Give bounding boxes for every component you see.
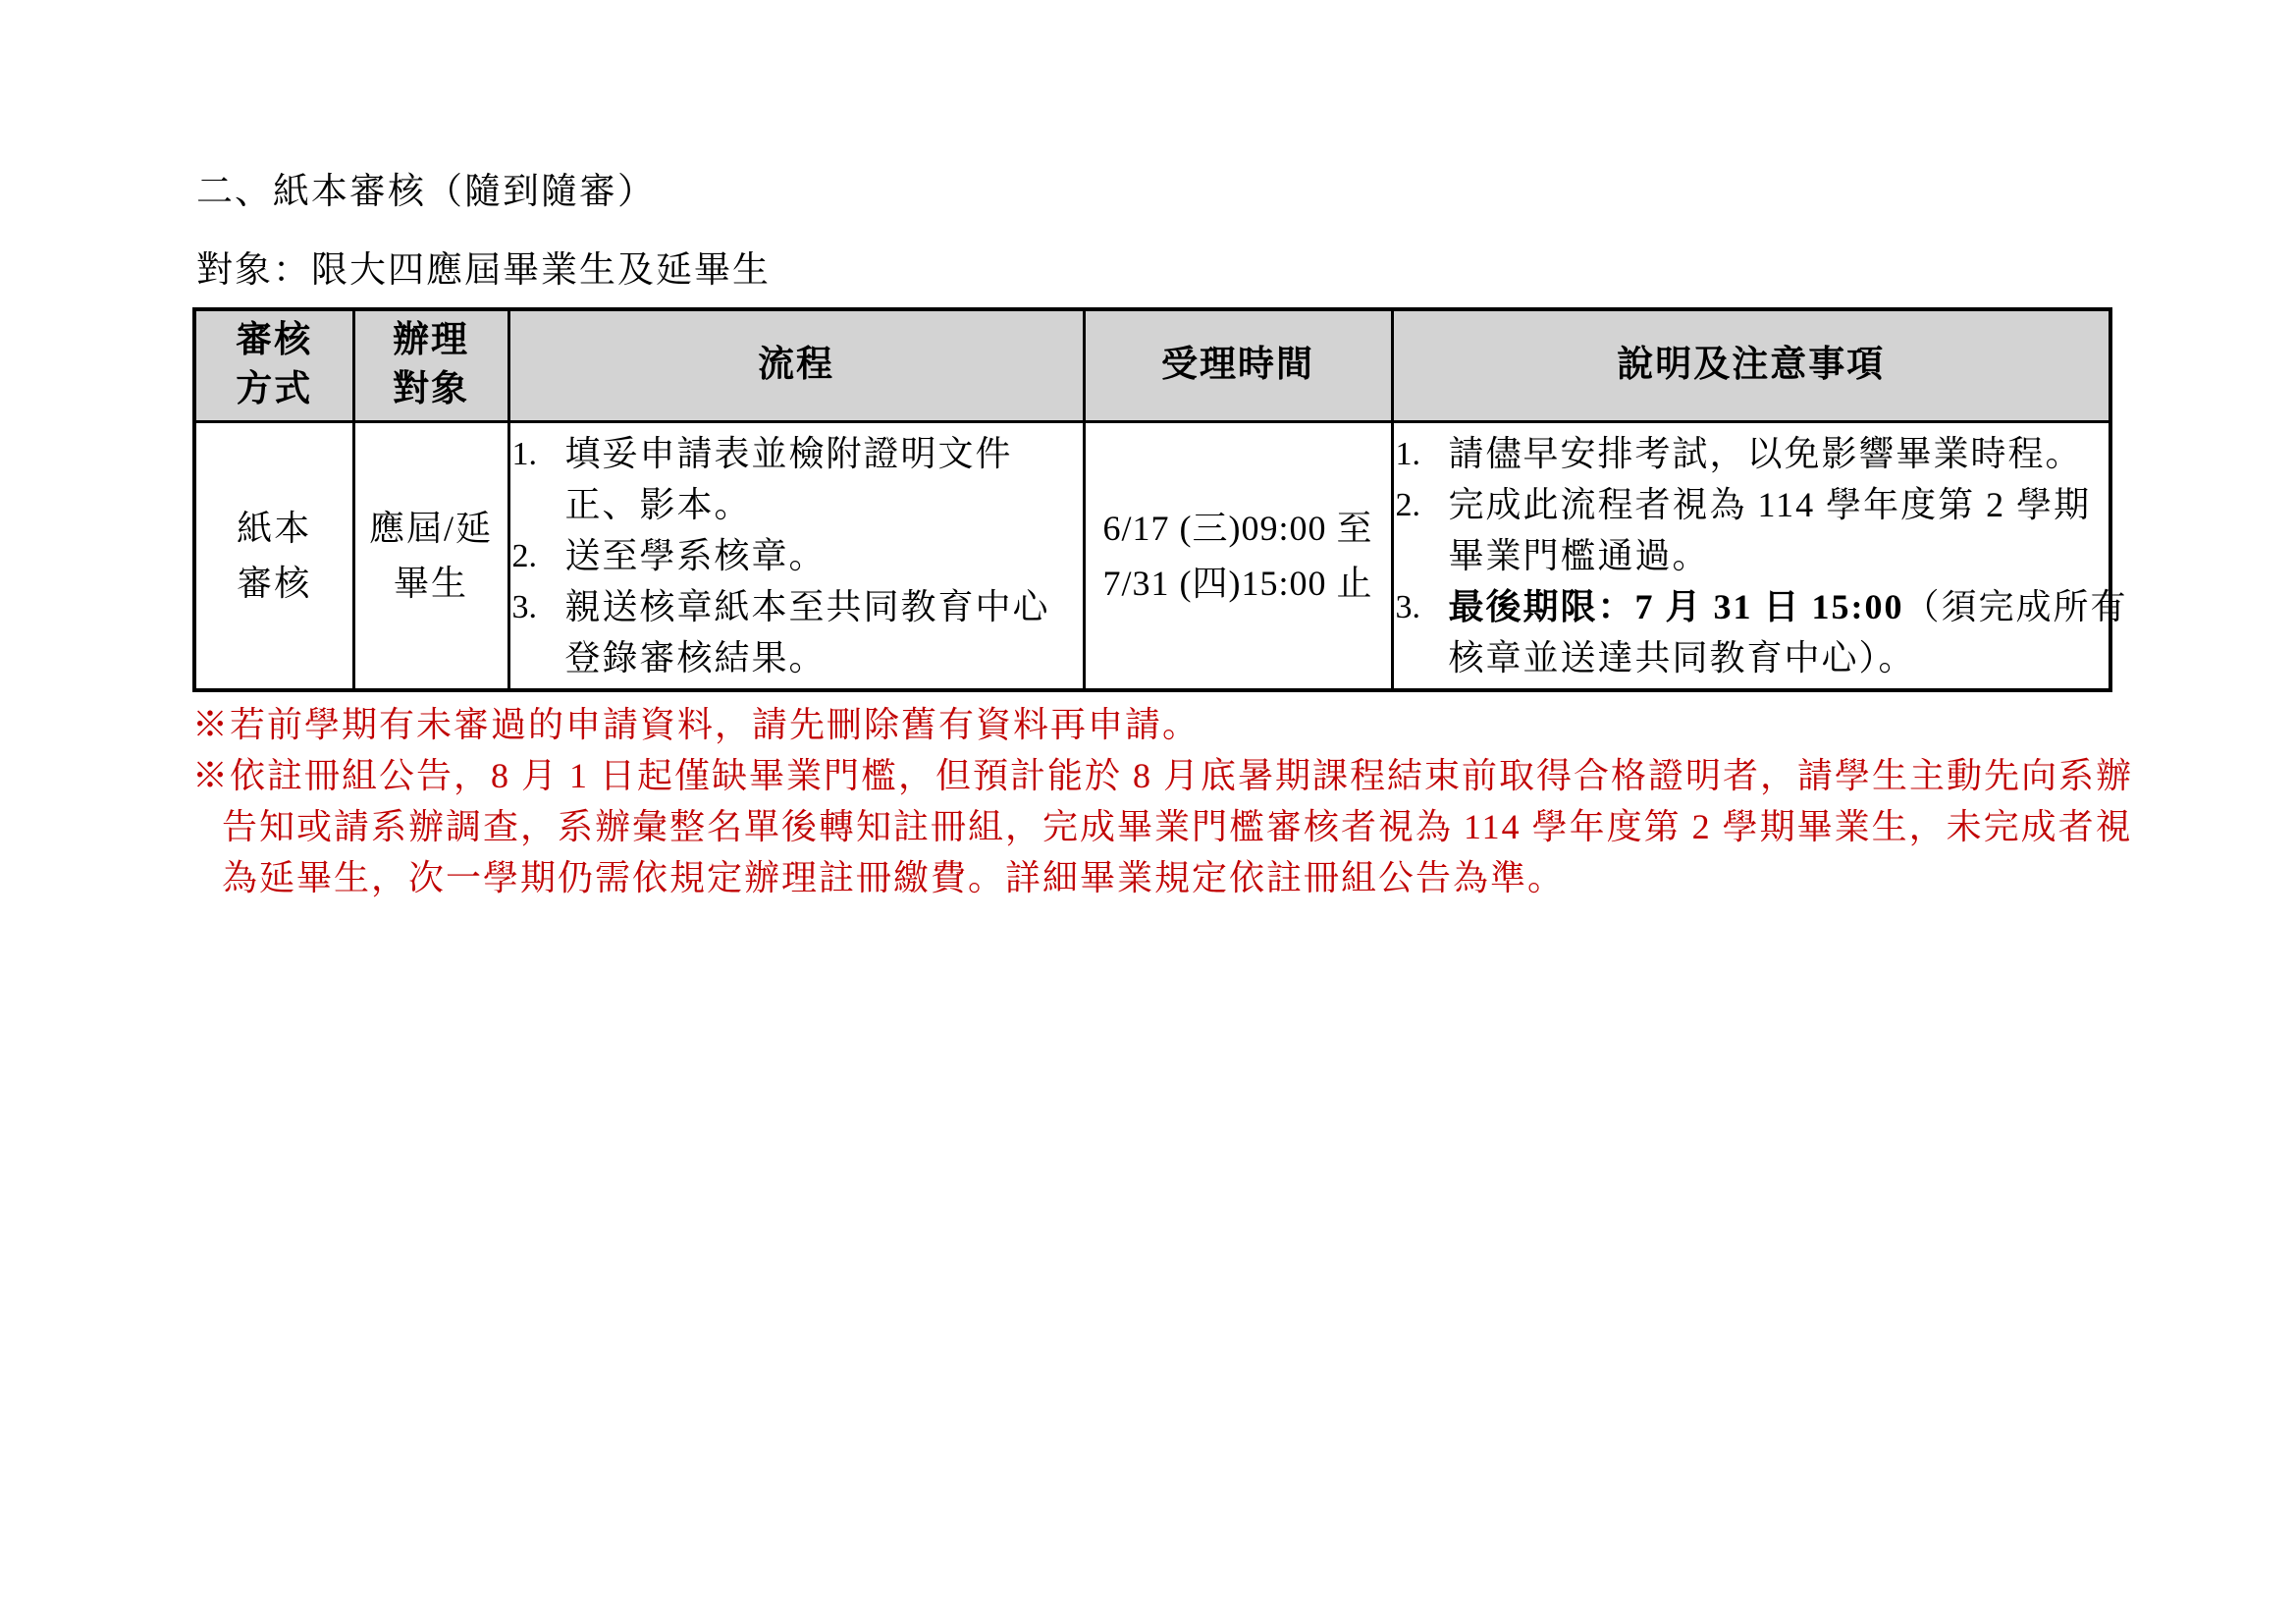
notes-cell: 1. 請儘早安排考試，以免影響畢業時程。 2. 完成此流程者視為 114 學年度… [1392, 421, 2110, 690]
applicant-type-text: 畢生 [355, 556, 507, 611]
process-step-2: 2. 送至學系核章。 [510, 530, 1083, 581]
step-text-line: 送至學系核章。 [565, 530, 1083, 581]
applicant-type-cell: 應屆/延 畢生 [353, 421, 508, 690]
step-number: 3. [512, 582, 538, 633]
footnote-1: ※若前學期有未審過的申請資料，請先刪除舊有資料再申請。 [192, 699, 2165, 750]
header-text: 方式 [196, 365, 352, 414]
header-text: 流程 [510, 341, 1083, 390]
red-footnotes: ※若前學期有未審過的申請資料，請先刪除舊有資料再申請。 ※依註冊組公告，8 月 … [192, 699, 2165, 903]
note-text-span: （須完成所有 [1904, 587, 2128, 626]
header-text: 受理時間 [1086, 341, 1391, 390]
header-text: 對象 [355, 365, 507, 414]
note-item-3: 3. 最後期限：7 月 31 日 15:00（須完成所有 核章並送達共同教育中心… [1394, 581, 2109, 683]
review-method-cell: 紙本 審核 [194, 421, 353, 690]
section-title: 二、紙本審核（隨到隨審） [196, 161, 656, 214]
note-number: 2. [1396, 480, 1421, 531]
header-process: 流程 [508, 309, 1084, 421]
header-acceptance-time: 受理時間 [1084, 309, 1392, 421]
acceptance-time-text: 6/17 (三)09:00 至 [1086, 501, 1391, 556]
review-method-text: 紙本 [196, 501, 352, 556]
note-text-line: 請儘早安排考試，以免影響畢業時程。 [1449, 428, 2109, 479]
note-text-line: 完成此流程者視為 114 學年度第 2 學期 [1449, 479, 2109, 530]
note-number: 1. [1396, 429, 1421, 480]
table-header-row: 審核 方式 辦理 對象 流程 受理時間 說明及注意事項 [194, 309, 2110, 421]
acceptance-time-text: 7/31 (四)15:00 止 [1086, 556, 1391, 611]
footnote-2-line: 告知或請系辦調查，系辦彙整名單後轉知註冊組，完成畢業門檻審核者視為 114 學年… [192, 801, 2165, 852]
review-method-text: 審核 [196, 556, 352, 611]
deadline-bold-text: 最後期限：7 月 31 日 15:00 [1449, 587, 1904, 626]
header-text: 說明及注意事項 [1394, 341, 2109, 390]
table-body: 紙本 審核 應屆/延 畢生 1. 填妥申請表並檢附證明文件 正、影本。 2. 送… [194, 421, 2110, 690]
process-cell: 1. 填妥申請表並檢附證明文件 正、影本。 2. 送至學系核章。 3. 親送核章… [508, 421, 1084, 690]
step-number: 2. [512, 531, 538, 582]
note-text-line: 最後期限：7 月 31 日 15:00（須完成所有 [1449, 581, 2109, 632]
step-number: 1. [512, 429, 538, 480]
note-number: 3. [1396, 582, 1421, 633]
header-review-method: 審核 方式 [194, 309, 353, 421]
note-text-line: 畢業門檻通過。 [1449, 530, 2109, 581]
step-text-line: 正、影本。 [565, 479, 1083, 530]
note-item-2: 2. 完成此流程者視為 114 學年度第 2 學期 畢業門檻通過。 [1394, 479, 2109, 581]
header-notes: 說明及注意事項 [1392, 309, 2110, 421]
document-page: 二、紙本審核（隨到隨審） 對象：限大四應屆畢業生及延畢生 審核 方式 辦理 對象… [0, 0, 2296, 1624]
header-applicant-type: 辦理 對象 [353, 309, 508, 421]
step-text-line: 親送核章紙本至共同教育中心 [565, 581, 1083, 632]
table-row: 紙本 審核 應屆/延 畢生 1. 填妥申請表並檢附證明文件 正、影本。 2. 送… [194, 421, 2110, 690]
target-audience-line: 對象：限大四應屆畢業生及延畢生 [196, 240, 771, 293]
note-text-line: 核章並送達共同教育中心）。 [1449, 632, 2109, 683]
acceptance-time-cell: 6/17 (三)09:00 至 7/31 (四)15:00 止 [1084, 421, 1392, 690]
header-text: 審核 [196, 316, 352, 365]
footnote-2-line: 為延畢生，次一學期仍需依規定辦理註冊繳費。詳細畢業規定依註冊組公告為準。 [192, 852, 2165, 903]
footnote-2-line: ※依註冊組公告，8 月 1 日起僅缺畢業門檻，但預計能於 8 月底暑期課程結束前… [192, 750, 2165, 801]
step-text-line: 登錄審核結果。 [565, 632, 1083, 683]
note-item-1: 1. 請儘早安排考試，以免影響畢業時程。 [1394, 428, 2109, 479]
process-step-1: 1. 填妥申請表並檢附證明文件 正、影本。 [510, 428, 1083, 530]
step-text-line: 填妥申請表並檢附證明文件 [565, 428, 1083, 479]
review-schedule-table: 審核 方式 辦理 對象 流程 受理時間 說明及注意事項 [192, 307, 2112, 692]
header-text: 辦理 [355, 316, 507, 365]
process-step-3: 3. 親送核章紙本至共同教育中心 登錄審核結果。 [510, 581, 1083, 683]
applicant-type-text: 應屆/延 [355, 501, 507, 556]
